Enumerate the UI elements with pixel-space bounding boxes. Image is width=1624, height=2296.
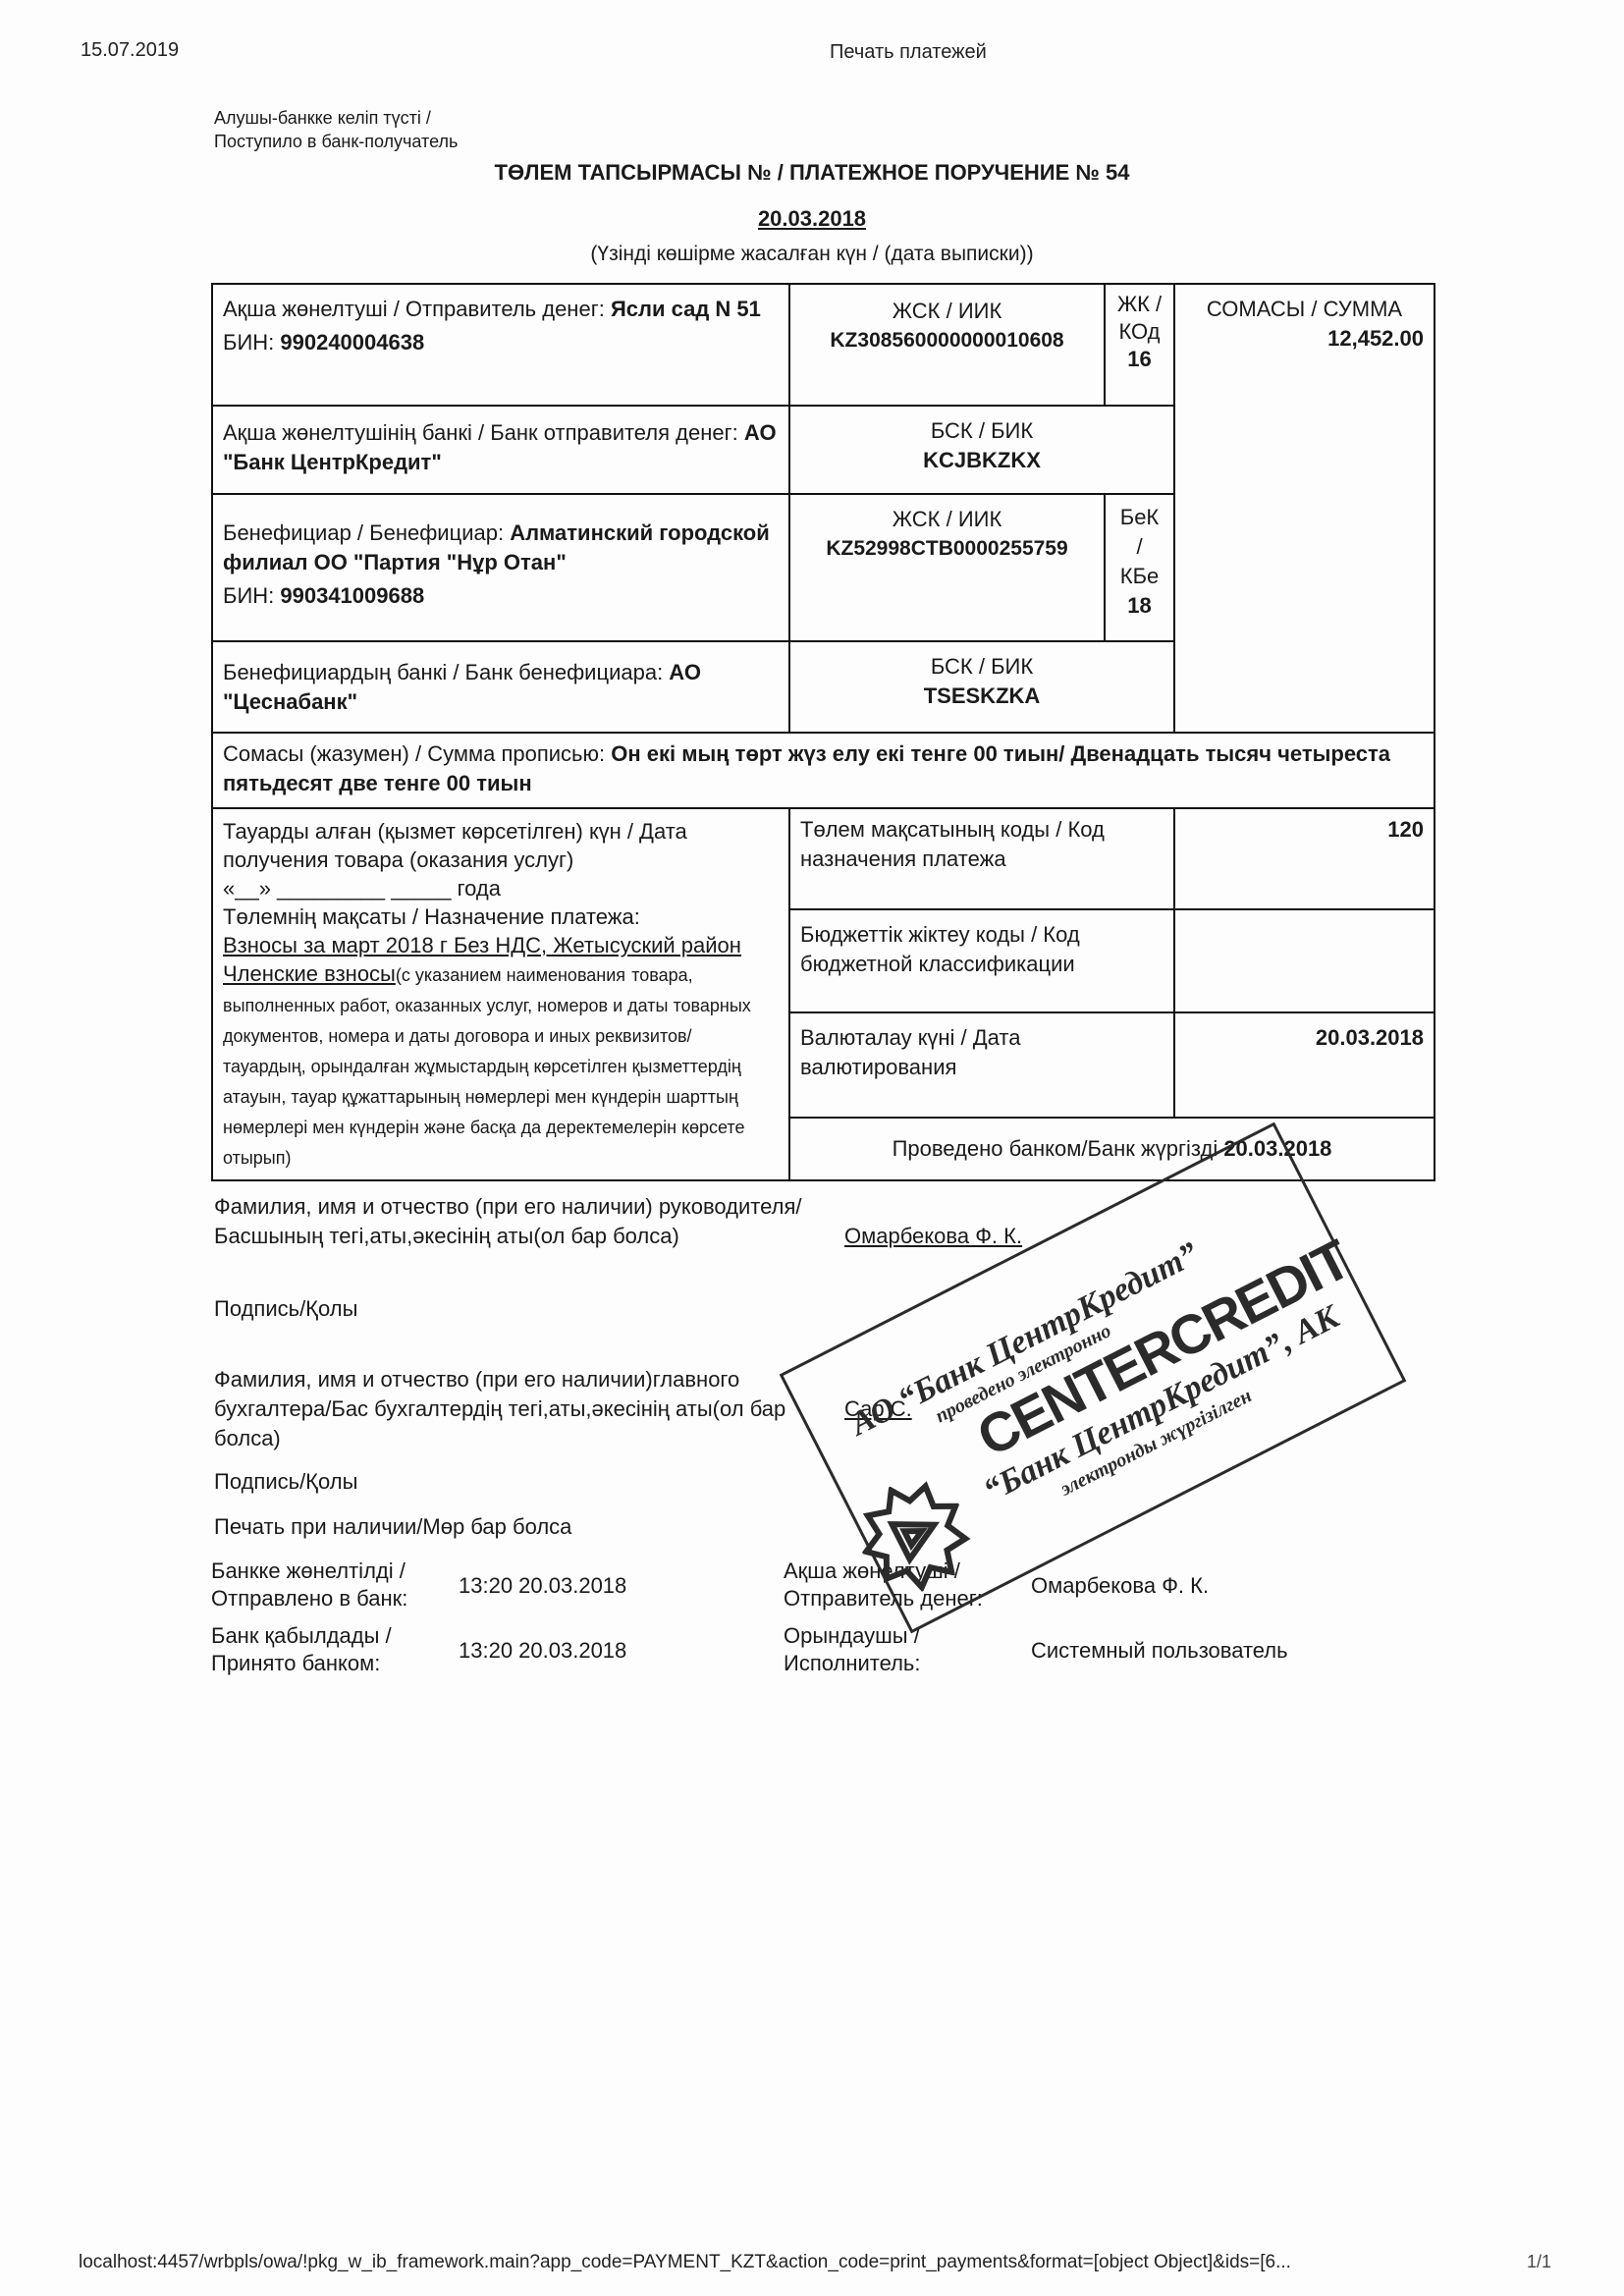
processed-cell: Проведено банком/Банк жүргізді 20.03.201… (788, 1117, 1435, 1181)
print-date: 15.07.2019 (81, 39, 179, 62)
sender-bin: 990240004638 (280, 330, 424, 355)
director-sign-label: Подпись/Қолы (214, 1294, 357, 1324)
purpose-note-first: (с указанием наименования (396, 965, 625, 985)
kbe-label-1: БеК (1108, 503, 1171, 532)
received-line-2: Поступило в банк-получатель (214, 130, 458, 153)
sender-sign-value: Омарбекова Ф. К. (1031, 1571, 1209, 1601)
sender-line: Ақша жөнелтуші / Отправитель денег: Ясли… (223, 295, 779, 324)
sender-bik: KCJBKZKX (800, 446, 1164, 475)
beneficiary-iik-cell: ЖСК / ИИК KZ52998CTB0000255759 (788, 493, 1106, 642)
purpose-code-value: 120 (1185, 815, 1424, 845)
sender-bin-label: БИН: (223, 330, 280, 355)
amount-value: 12,452.00 (1185, 324, 1424, 354)
sender-bank-cell: Ақша жөнелтушінің банкі / Банк отправите… (211, 405, 790, 495)
beneficiary-iik-label: ЖСК / ИИК (800, 505, 1094, 534)
purpose-code-label-cell: Төлем мақсатының коды / Код назначения п… (788, 807, 1175, 910)
executor-label-2: Исполнитель: (784, 1650, 921, 1677)
value-date-value-cell: 20.03.2018 (1173, 1011, 1435, 1119)
beneficiary-bank-label: Бенефициардың банкі / Банк бенефициара: (223, 660, 669, 684)
sender-bik-cell: БСК / БИК KCJBKZKX (788, 405, 1175, 495)
value-date-value: 20.03.2018 (1185, 1023, 1424, 1053)
beneficiary-bik-label: БСК / БИК (800, 652, 1164, 682)
accountant-sign-label: Подпись/Қолы (214, 1467, 357, 1497)
budget-code-label: Бюджеттік жіктеу коды / Код бюджетной кл… (800, 920, 1164, 979)
print-title: Печать платежей (830, 41, 987, 64)
purpose-text: Взносы за март 2018 г Без НДС, Жетысуски… (223, 931, 779, 1173)
beneficiary-bin-line: БИН: 990341009688 (223, 581, 779, 611)
goods-date-label: Тауарды алған (қызмет көрсетілген) күн /… (223, 817, 779, 874)
purpose-cell: Тауарды алған (қызмет көрсетілген) күн /… (211, 807, 790, 1181)
sent-label-1: Банкке жөнелтілді / (211, 1558, 407, 1585)
beneficiary-bik-cell: БСК / БИК TSESKZKA (788, 640, 1175, 734)
bank-stamp: АО “Банк ЦентрКредит” проведено электрон… (780, 1122, 1407, 1634)
purpose-label: Төлемнің мақсаты / Назначение платежа: (223, 902, 779, 931)
accepted-label-1: Банк қабылдады / (211, 1622, 392, 1650)
sender-bin-line: БИН: 990240004638 (223, 328, 779, 357)
accepted-label: Банк қабылдады / Принято банком: (211, 1622, 392, 1677)
sender-cell: Ақша жөнелтуші / Отправитель денег: Ясли… (211, 283, 790, 407)
amount-words-label: Сомасы (жазумен) / Сумма прописью: (223, 741, 611, 766)
sender-iik-label: ЖСК / ИИК (800, 297, 1094, 326)
sender-kod-cell: ЖК / КОд 16 (1104, 283, 1175, 407)
sent-value: 13:20 20.03.2018 (459, 1571, 626, 1601)
beneficiary-label: Бенефициар / Бенефициар: (223, 520, 510, 545)
sender-iik: KZ308560000000010608 (800, 326, 1094, 355)
budget-code-value-cell (1173, 908, 1435, 1013)
kod-value: 16 (1108, 346, 1171, 373)
beneficiary-cell: Бенефициар / Бенефициар: Алматинский гор… (211, 493, 790, 642)
executor-label: Орындаушы / Исполнитель: (784, 1622, 921, 1677)
budget-code-label-cell: Бюджеттік жіктеу коды / Код бюджетной кл… (788, 908, 1175, 1013)
beneficiary-iik: KZ52998CTB0000255759 (800, 534, 1094, 564)
footer-url: localhost:4457/wrbpls/owa/!pkg_w_ib_fram… (79, 2252, 1291, 2273)
received-note: Алушы-банкке келіп түсті / Поступило в б… (214, 106, 458, 153)
accountant-label: Фамилия, имя и отчество (при его наличии… (214, 1365, 833, 1453)
amount-cell: СОМАСЫ / СУММА 12,452.00 (1173, 283, 1435, 734)
page-number: 1/1 (1527, 2252, 1551, 2272)
beneficiary-line: Бенефициар / Бенефициар: Алматинский гор… (223, 519, 779, 577)
director-label: Фамилия, имя и отчество (при его наличии… (214, 1192, 833, 1251)
director-name: Омарбекова Ф. К. (844, 1222, 1022, 1251)
seal-label: Печать при наличии/Мөр бар болса (214, 1512, 571, 1542)
amount-words-cell: Сомасы (жазумен) / Сумма прописью: Он ек… (211, 732, 1435, 809)
beneficiary-bik: TSESKZKA (800, 682, 1164, 711)
processed-label: Проведено банком/Банк жүргізді (893, 1136, 1224, 1161)
received-line-1: Алушы-банкке келіп түсті / (214, 106, 458, 130)
sender-iik-cell: ЖСК / ИИК KZ308560000000010608 (788, 283, 1106, 407)
purpose-code-label: Төлем мақсатының коды / Код назначения п… (800, 815, 1164, 874)
kod-label-2: КОд (1108, 318, 1171, 346)
sender-bank-label: Ақша жөнелтушінің банкі / Банк отправите… (223, 420, 744, 445)
purpose-note-rest: товара, выполненных работ, оказанных усл… (223, 965, 751, 1168)
beneficiary-bin-label: БИН: (223, 583, 280, 608)
value-date-label-cell: Валюталау күні / Дата валютирования (788, 1011, 1175, 1119)
sender-bik-label: БСК / БИК (800, 416, 1164, 446)
document-date-caption: (Үзінді көшірме жасалған күн / (дата вып… (0, 243, 1624, 266)
kbe-label-2: / (1108, 532, 1171, 562)
document-title: ТӨЛЕМ ТАПСЫРМАСЫ № / ПЛАТЕЖНОЕ ПОРУЧЕНИЕ… (0, 160, 1624, 186)
document-date-value: 20.03.2018 (758, 206, 866, 231)
sent-label-2: Отправлено в банк: (211, 1585, 407, 1613)
beneficiary-kbe-cell: БеК / КБе 18 (1104, 493, 1175, 642)
executor-label-1: Орындаушы / (784, 1622, 921, 1650)
sender-name: Ясли сад N 51 (611, 297, 761, 321)
document-date: 20.03.2018 (0, 206, 1624, 232)
kod-label-1: ЖК / (1108, 291, 1171, 318)
purpose-code-value-cell: 120 (1173, 807, 1435, 910)
accepted-value: 13:20 20.03.2018 (459, 1636, 626, 1666)
accepted-label-2: Принято банком: (211, 1650, 392, 1677)
kbe-label-3: КБе (1108, 562, 1171, 591)
executor-value: Системный пользователь (1031, 1636, 1288, 1666)
sent-label: Банкке жөнелтілді / Отправлено в банк: (211, 1558, 407, 1613)
beneficiary-bin: 990341009688 (280, 583, 424, 608)
amount-label: СОМАСЫ / СУММА (1185, 295, 1424, 324)
sender-label: Ақша жөнелтуші / Отправитель денег: (223, 297, 611, 321)
beneficiary-bank-cell: Бенефициардың банкі / Банк бенефициара: … (211, 640, 790, 734)
kbe-value: 18 (1108, 591, 1171, 621)
value-date-label: Валюталау күні / Дата валютирования (800, 1023, 1164, 1082)
goods-date-blank: «__» _________ _____ года (223, 874, 779, 902)
